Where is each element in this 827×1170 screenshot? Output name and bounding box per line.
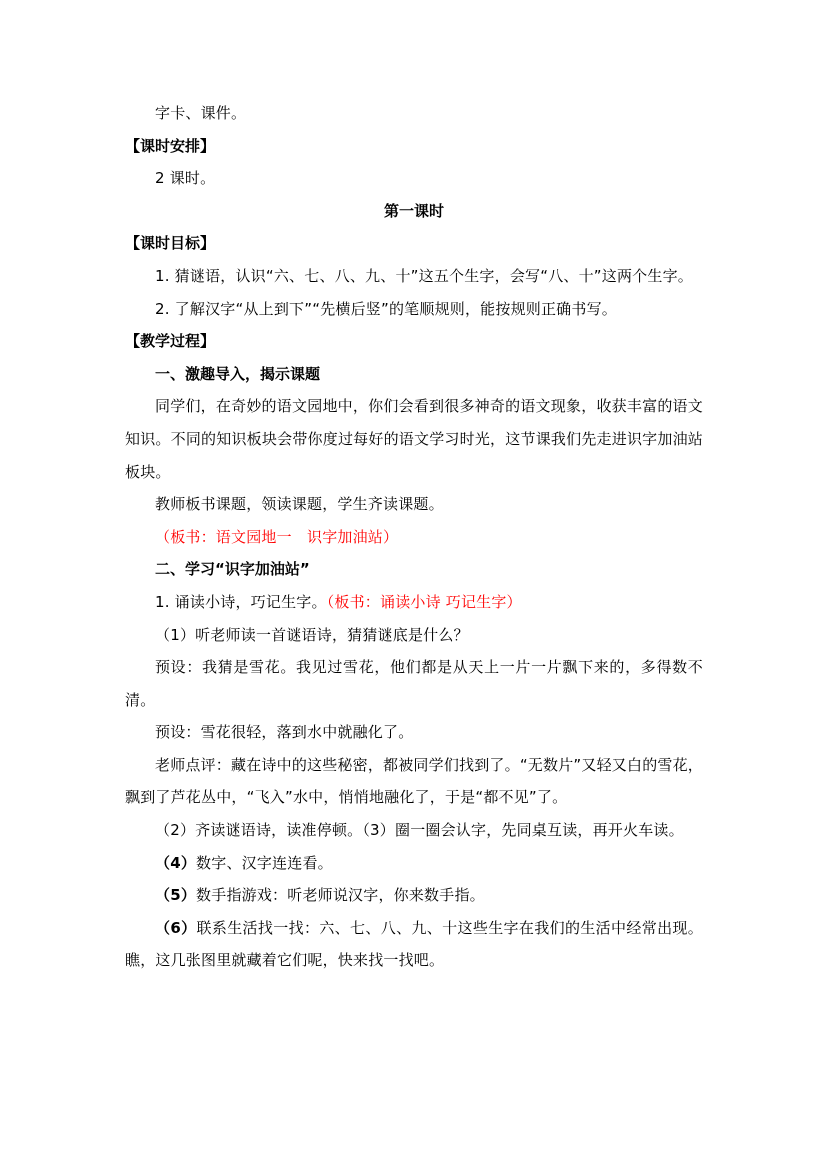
schedule-heading: 【课时安排】 (125, 130, 703, 163)
document-page: 字卡、课件。 【课时安排】 2 课时。 第一课时 【课时目标】 1. 猜谜语，认… (125, 97, 703, 977)
objective-item-2: 2. 了解汉字“从上到下”“先横后竖”的笔顺规则，能按规则正确书写。 (125, 293, 703, 326)
section-1-title: 一、激趣导入，揭示课题 (125, 358, 703, 391)
sub-step-5: （5）数手指游戏：听老师说汉字，你来数手指。 (125, 879, 703, 912)
sub-step-4-text: 数字、汉字连连看。 (196, 854, 333, 872)
section-1-board-note: （板书：语文园地一 识字加油站） (125, 521, 703, 554)
sub-step-5-text: 数手指游戏：听老师说汉字，你来数手指。 (196, 886, 485, 904)
sub-step-6: （6）联系生活找一找：六、七、八、九、十这些生字在我们的生活中经常出现。瞧，这几… (125, 912, 703, 977)
step-1-line: 1. 诵读小诗，巧记生字。（板书：诵读小诗 巧记生字） (125, 586, 703, 619)
step-1-board-note: （板书：诵读小诗 巧记生字） (327, 593, 522, 611)
step-1-text: 1. 诵读小诗，巧记生字。 (155, 593, 327, 611)
materials-line: 字卡、课件。 (125, 97, 703, 130)
objective-item-1: 1. 猜谜语，认识“六、七、八、九、十”这五个生字，会写“八、十”这两个生字。 (125, 260, 703, 293)
sub-step-4-number: （4） (155, 854, 196, 872)
sub-step-2-3: （2）齐读谜语诗，读准停顿。（3）圈一圈会认字，先同桌互读，再开火车读。 (125, 814, 703, 847)
section-1-paragraph: 同学们，在奇妙的语文园地中，你们会看到很多神奇的语文现象，收获丰富的语文知识。不… (125, 390, 703, 488)
sub-step-6-number: （6） (155, 919, 197, 937)
teacher-comment: 老师点评：藏在诗中的这些秘密，都被同学们找到了。“无数片”又轻又白的雪花，飘到了… (125, 749, 703, 814)
sub-step-6-text: 联系生活找一找：六、七、八、九、十这些生字在我们的生活中经常出现。瞧，这几张图里… (125, 919, 703, 970)
preset-answer-2: 预设：雪花很轻，落到水中就融化了。 (125, 716, 703, 749)
sub-step-5-number: （5） (155, 886, 196, 904)
sub-step-1: （1）听老师读一首谜语诗，猜猜谜底是什么？ (125, 619, 703, 652)
section-1-activity: 教师板书课题，领读课题，学生齐读课题。 (125, 488, 703, 521)
preset-answer-1: 预设：我猜是雪花。我见过雪花，他们都是从天上一片一片飘下来的，多得数不清。 (125, 651, 703, 716)
objectives-heading: 【课时目标】 (125, 227, 703, 260)
sub-step-4: （4）数字、汉字连连看。 (125, 847, 703, 880)
process-heading: 【教学过程】 (125, 325, 703, 358)
lesson-title: 第一课时 (125, 195, 703, 228)
section-2-title: 二、学习“识字加油站” (125, 553, 703, 586)
schedule-value: 2 课时。 (125, 162, 703, 195)
